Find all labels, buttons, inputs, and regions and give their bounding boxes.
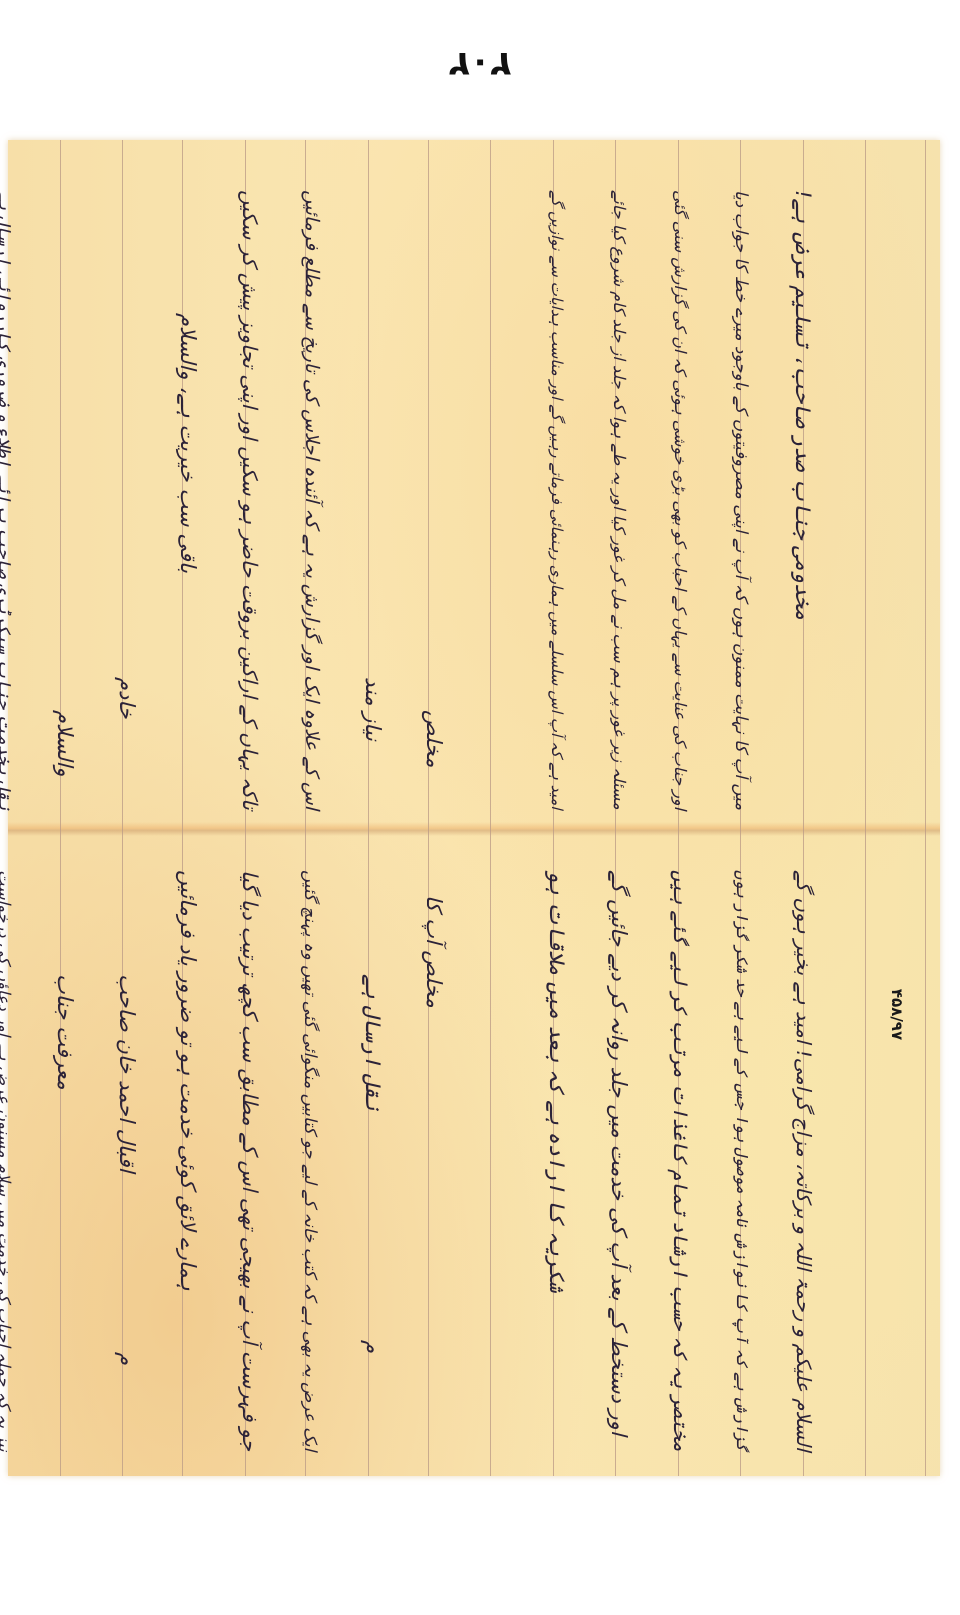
ruled-line [368,140,369,1476]
handwritten-line-text: مخدومی جناب صدر صاحب، تسلیم عرض ہے! [788,190,818,620]
paper-fold-line [8,822,940,836]
ruled-line [428,140,429,1476]
handwritten-mark-text: م [358,1340,388,1353]
page-number: ۲۰۲ [0,44,960,84]
ruled-line [925,140,926,1476]
ruled-line [60,140,61,1476]
handwritten-line-text: ایک عرض یہ بھی ہے کہ کتب خانہ کے لیے جو … [296,870,326,1451]
handwritten-line-text: باقی سب خیریت ہے، والسلام [173,313,203,573]
handwritten-line-text: اقبال احمد خان صاحب [112,974,142,1173]
handwritten-line-text: نقل ارسال ہے [358,974,388,1110]
handwritten-line-text: تاکہ یہاں کے اراکین بروقت حاضر ہو سکیں ا… [235,190,265,810]
handwritten-line-text: معرفت جناب [50,974,80,1090]
handwritten-line-text: اس کے علاوہ ایک اور گزارش یہ ہے کہ آئندہ… [296,190,326,810]
ruled-line [490,140,491,1476]
handwritten-line-text: جو فہرست آپ نے بھیجی تھی اس کے مطابق سب … [235,870,265,1451]
handwritten-line-text: اور دستخط کے بعد آپ کی خدمت میں جلد روان… [604,870,634,1436]
handwritten-line-text: ہمارے لائق کوئی خدمت ہو تو ضرور یاد فرما… [173,870,203,1291]
handwritten-letter-page: ۴۵۸/۹۷ مخدومی جناب صدر صاحب، تسلیم عرض ہ… [8,140,940,1476]
archive-number-text: ۴۵۸/۹۷ [890,988,905,1039]
handwritten-line-text: نیاز مند [358,677,388,741]
archive-number-stamp: ۴۵۸/۹۷ [880,992,914,1036]
page-number-text: ۲۰۲ [449,44,511,84]
handwritten-line-text: مخلص آپ کا [419,895,449,1008]
handwritten-line-text: مسئلہ زیر غور پر ہم سب نے مل کر غور کیا … [604,190,634,810]
handwritten-line-text: مخلص [419,710,449,767]
handwritten-line-text: اور جناب کی عنایت سے یہاں کے احباب کو بھ… [665,190,695,810]
handwritten-line-text: شکریہ کا ارادہ ہے کہ بعد میں ملاقات ہو [542,870,572,1293]
handwritten-mark-text: م [112,1352,142,1365]
handwritten-line-text: امید ہے کہ آپ اس سلسلے میں ہماری رہنمائی… [542,190,572,810]
handwritten-line-text: السلام علیکم و رحمۃ اللہ و برکاتہ، مزاج … [788,870,818,1452]
handwritten-line-text: میں آپ کا نہایت ممنون ہوں کہ آپ نے اپنی … [727,190,757,810]
ruled-line [865,140,866,1476]
handwritten-line-text: گزارش ہے کہ آپ کا نوازش نامہ موصول ہوا ج… [727,870,757,1451]
handwritten-line-text: نیز یہ کہ جملہ احباب کی خدمت میں سلام مس… [0,870,19,1452]
handwritten-line-text: خادم [112,677,142,719]
handwritten-line-text: نقل بخدمت جناب سیکرٹری صاحب برائے اطلاع … [0,190,19,810]
handwritten-line-text: مختصر یہ کہ حسب ارشاد تمام کاغذات مرتب ک… [665,870,695,1451]
handwritten-line-text: والسلام [50,710,80,777]
ruled-line [122,140,123,1476]
